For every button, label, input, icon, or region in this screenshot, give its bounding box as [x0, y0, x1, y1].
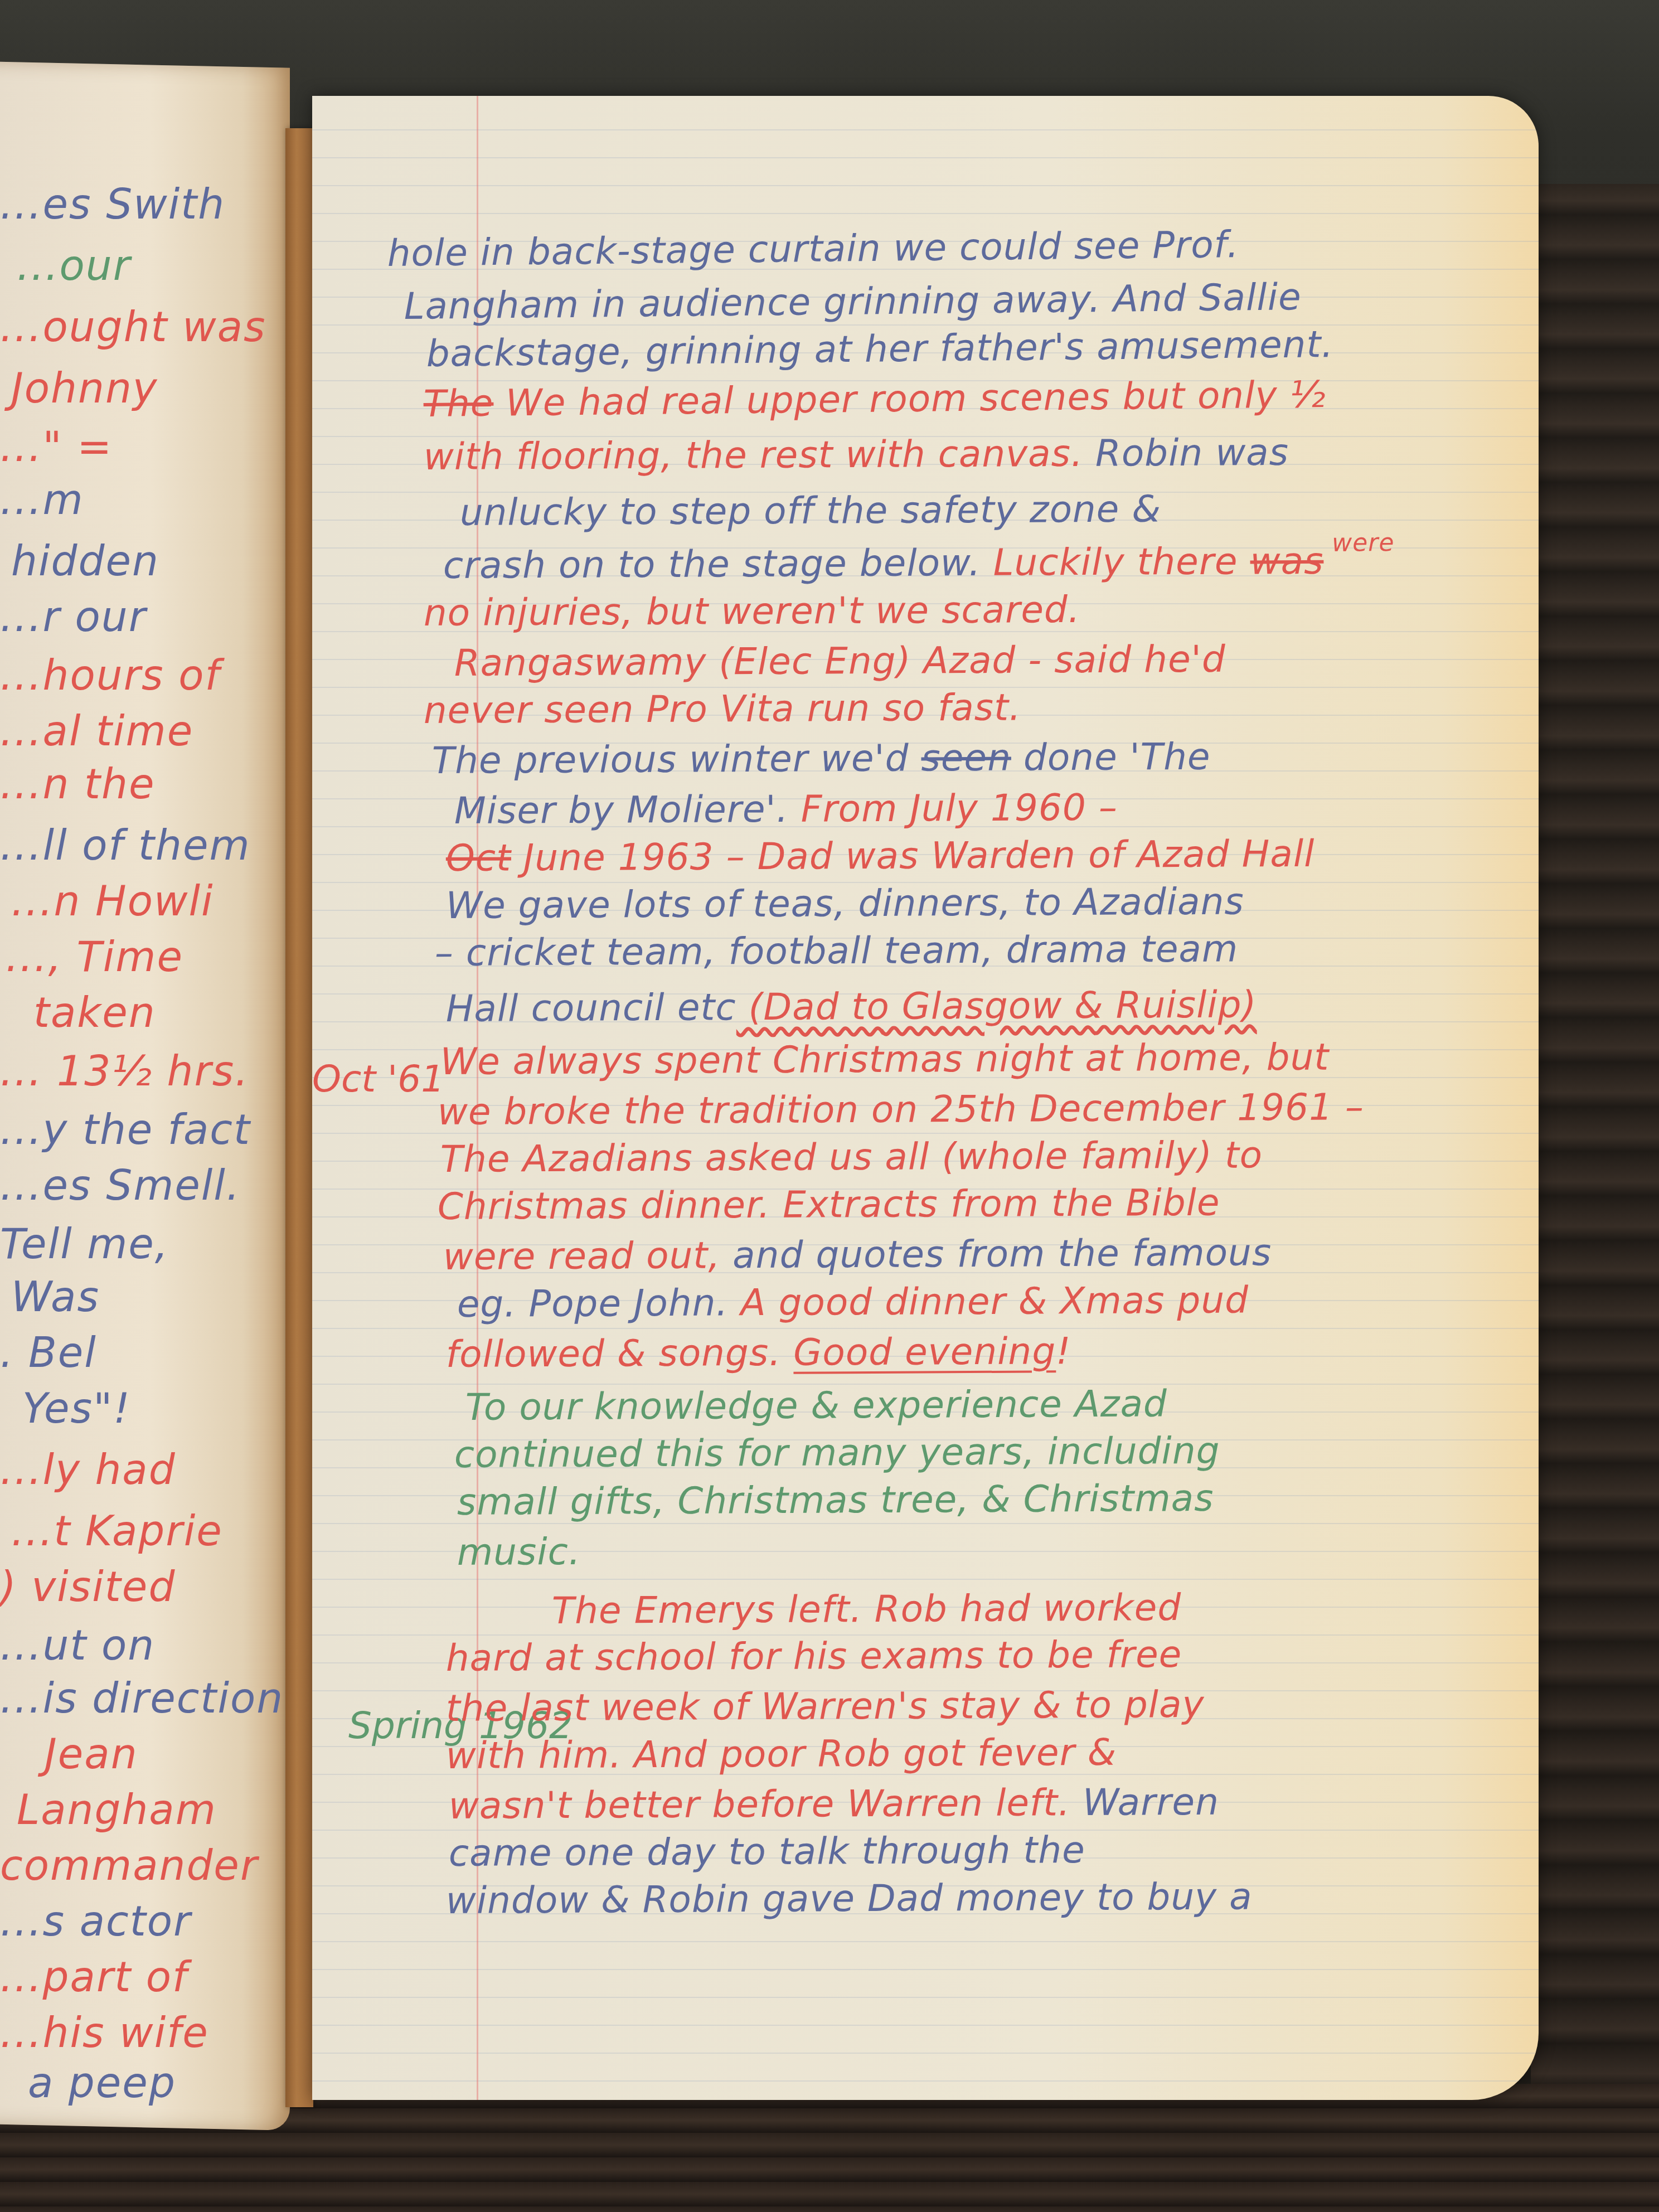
- ruled-line: [312, 1328, 1539, 1329]
- text-segment: followed & songs.: [446, 1331, 794, 1376]
- journal-line: window & Robin gave Dad money to buy a: [446, 1878, 1253, 1919]
- ruled-line: [312, 185, 1539, 186]
- journal-line: Miser by Moliere'. From July 1960 –: [454, 789, 1118, 829]
- journal-line: – cricket team, football team, drama tea…: [435, 930, 1239, 972]
- left-page-line: ...s actor: [0, 1901, 191, 1942]
- left-page-line: . Bel: [0, 1332, 97, 1374]
- journal-line: Rangaswamy (Elec Eng) Azad - said he'd: [454, 641, 1226, 682]
- text-segment: were: [1323, 528, 1394, 557]
- text-segment: hole in back-stage curtain we could see …: [387, 223, 1239, 275]
- journal-line: Langham in audience grinning away. And S…: [404, 279, 1302, 325]
- ruled-line: [312, 1579, 1539, 1580]
- ruled-line: [312, 2025, 1539, 2026]
- left-page-line: ...ll of them: [0, 825, 251, 866]
- journal-line: small gifts, Christmas tree, & Christmas: [457, 1480, 1214, 1521]
- text-segment: (Dad to Glasgow & Ruislip): [736, 983, 1257, 1029]
- journal-line: the last week of Warren's stay & to play: [446, 1686, 1205, 1727]
- journal-line: came one day to talk through the: [449, 1832, 1085, 1872]
- notebook-gutter: [285, 128, 313, 2107]
- left-page-line: taken: [33, 992, 156, 1034]
- journal-line: hole in back-stage curtain we could see …: [387, 226, 1239, 272]
- left-page-line: ...y the fact: [0, 1109, 251, 1151]
- text-segment: and quotes from the famous: [720, 1231, 1272, 1277]
- struck-word: seen: [921, 736, 1011, 780]
- text-segment: Miser by Moliere'.: [454, 788, 789, 832]
- text-segment: small gifts, Christmas tree, & Christmas: [457, 1477, 1214, 1524]
- journal-line: continued this for many years, including: [454, 1433, 1220, 1473]
- text-segment: We had real upper room scenes but only ½: [493, 373, 1326, 425]
- left-page-line: ...our: [17, 245, 131, 287]
- text-segment: crash on to the stage below.: [443, 541, 981, 587]
- text-segment: Langham in audience grinning away. And S…: [404, 275, 1302, 328]
- text-segment: Christmas dinner. Extracts from the Bibl…: [438, 1181, 1220, 1228]
- left-page-line: Jean: [45, 1734, 138, 1775]
- text-segment: The Azadians asked us all (whole family)…: [440, 1133, 1263, 1181]
- journal-line: We always spent Christmas night at home,…: [440, 1039, 1330, 1080]
- struck-word: Oct: [446, 836, 512, 880]
- text-segment: done 'The: [1011, 735, 1211, 779]
- journal-line: were read out, and quotes from the famou…: [443, 1234, 1272, 1275]
- left-page-line: ...n Howli: [11, 881, 214, 922]
- text-segment: the last week of Warren's stay & to play: [446, 1683, 1205, 1730]
- text-segment: backstage, grinning at her father's amus…: [426, 323, 1333, 375]
- journal-line: To our knowledge & experience Azad: [465, 1385, 1167, 1426]
- text-segment: wasn't better before Warren left.: [449, 1781, 1071, 1827]
- left-page-line: ...m: [0, 479, 84, 521]
- left-page-line: a peep: [28, 2063, 176, 2104]
- text-segment: came one day to talk through the: [449, 1828, 1085, 1875]
- journal-line: The Azadians asked us all (whole family)…: [440, 1137, 1263, 1178]
- left-page-line: ...al time: [0, 711, 193, 752]
- left-page-line: ...ly had: [0, 1449, 176, 1491]
- left-page-line: ... 13½ hrs.: [0, 1051, 249, 1092]
- journal-line: Oct June 1963 – Dad was Warden of Azad H…: [446, 836, 1315, 877]
- left-page-line: ..., Time: [6, 937, 183, 978]
- left-page-line: ...n the: [0, 764, 155, 805]
- left-page-line: ...t Kaprie: [11, 1511, 223, 1552]
- text-segment: The Emerys left. Rob had worked: [552, 1586, 1182, 1632]
- ruled-line: [312, 157, 1539, 158]
- left-page-line: commander: [0, 1845, 258, 1886]
- journal-line: followed & songs. Good evening!: [446, 1333, 1071, 1373]
- text-segment: From July 1960 –: [788, 786, 1118, 831]
- journal-line: The We had real upper room scenes but on…: [423, 376, 1326, 423]
- journal-line: with flooring, the rest with canvas. Rob…: [424, 434, 1289, 476]
- left-page-line: Yes"!: [22, 1388, 131, 1429]
- left-page-line: ...is direction: [0, 1678, 284, 1719]
- ruled-line: [312, 2053, 1539, 2054]
- text-segment: eg. Pope John.: [457, 1281, 729, 1326]
- ruled-line: [312, 1997, 1539, 1998]
- text-segment: unlucky to step off the safety zone &: [460, 487, 1161, 534]
- left-page-line: Was: [11, 1277, 100, 1318]
- text-segment: We always spent Christmas night at home,…: [440, 1036, 1330, 1083]
- ruled-line: [312, 1941, 1539, 1942]
- journal-line: we broke the tradition on 25th December …: [438, 1089, 1365, 1131]
- left-page-line: ...es Smell.: [0, 1165, 240, 1206]
- left-page-line: ...hours of: [0, 655, 220, 696]
- journal-line: never seen Pro Vita run so fast.: [424, 689, 1021, 729]
- journal-line: We gave lots of teas, dinners, to Azadia…: [446, 884, 1244, 924]
- left-page-line: ..." =: [0, 426, 113, 468]
- text-segment: with him. And poor Rob got fever &: [446, 1731, 1117, 1777]
- ruled-line: [312, 1969, 1539, 1970]
- left-page-line: ...ut on: [0, 1625, 155, 1666]
- text-segment: music.: [457, 1530, 581, 1574]
- struck-word: was: [1250, 540, 1323, 583]
- left-page-line: ...es Swith: [0, 184, 225, 225]
- text-segment: Robin was: [1083, 431, 1289, 475]
- text-segment: no injuries, but weren't we scared.: [424, 588, 1080, 634]
- struck-word: The: [423, 382, 494, 425]
- left-page-line: hidden: [11, 541, 159, 582]
- journal-line: music.: [457, 1534, 581, 1571]
- text-segment: Warren: [1070, 1781, 1219, 1824]
- text-segment: – cricket team, football team, drama tea…: [435, 927, 1239, 974]
- text-segment: continued this for many years, including: [454, 1429, 1220, 1476]
- journal-line: unlucky to step off the safety zone &: [460, 491, 1161, 531]
- left-page-line: Johnny: [11, 368, 158, 409]
- journal-line: crash on to the stage below. Luckily the…: [443, 542, 1395, 584]
- ruled-line: [312, 2080, 1539, 2082]
- text-segment: Rangaswamy (Elec Eng) Azad - said he'd: [454, 638, 1226, 685]
- left-page-line: ...part of: [0, 1957, 188, 1998]
- text-segment: Good evening: [793, 1330, 1056, 1374]
- left-page-line: ...r our: [0, 596, 147, 638]
- right-page: Oct '61 Spring 1962 hole in back-stage c…: [312, 96, 1539, 2100]
- text-segment: hard at school for his exams to be free: [446, 1633, 1182, 1680]
- journal-line: eg. Pope John. A good dinner & Xmas pud: [457, 1282, 1249, 1323]
- journal-line: hard at school for his exams to be free: [446, 1636, 1182, 1677]
- left-page-line: Langham: [17, 1789, 217, 1831]
- text-segment: !: [1056, 1330, 1071, 1372]
- journal-line: wasn't better before Warren left. Warren: [449, 1784, 1219, 1825]
- left-page-line: Tell me,: [0, 1224, 169, 1265]
- text-segment: We gave lots of teas, dinners, to Azadia…: [446, 880, 1244, 927]
- text-segment: window & Robin gave Dad money to buy a: [446, 1875, 1253, 1922]
- text-segment: To our knowledge & experience Azad: [465, 1382, 1167, 1429]
- text-segment: A good dinner & Xmas pud: [728, 1279, 1249, 1325]
- margin-note-oct-61: Oct '61: [312, 1058, 444, 1100]
- background-wood-right: [1531, 184, 1659, 2212]
- left-page-line: ...ought was: [0, 307, 266, 348]
- journal-line: with him. And poor Rob got fever &: [446, 1734, 1117, 1774]
- journal-line: Hall council etc (Dad to Glasgow & Ruisl…: [446, 986, 1257, 1027]
- journal-line: The previous winter we'd seen done 'The: [432, 739, 1211, 779]
- left-page-line: ) visited: [0, 1566, 176, 1608]
- ruled-line: [312, 213, 1539, 214]
- text-segment: June 1963 – Dad was Warden of Azad Hall: [511, 832, 1315, 880]
- journal-line: Christmas dinner. Extracts from the Bibl…: [438, 1185, 1220, 1225]
- text-segment: The previous winter we'd: [432, 736, 921, 782]
- text-segment: never seen Pro Vita run so fast.: [424, 686, 1022, 732]
- journal-line: backstage, grinning at her father's amus…: [426, 326, 1333, 372]
- text-segment: with flooring, the rest with canvas.: [424, 432, 1084, 478]
- left-page-line: ...his wife: [0, 2012, 209, 2054]
- text-segment: we broke the tradition on 25th December …: [438, 1085, 1365, 1133]
- ruled-line: [312, 129, 1539, 130]
- text-segment: Luckily there: [981, 540, 1250, 584]
- text-segment: were read out,: [443, 1234, 721, 1278]
- journal-line: The Emerys left. Rob had worked: [552, 1589, 1182, 1629]
- journal-line: no injuries, but weren't we scared.: [424, 591, 1080, 632]
- text-segment: Hall council etc: [446, 986, 736, 1030]
